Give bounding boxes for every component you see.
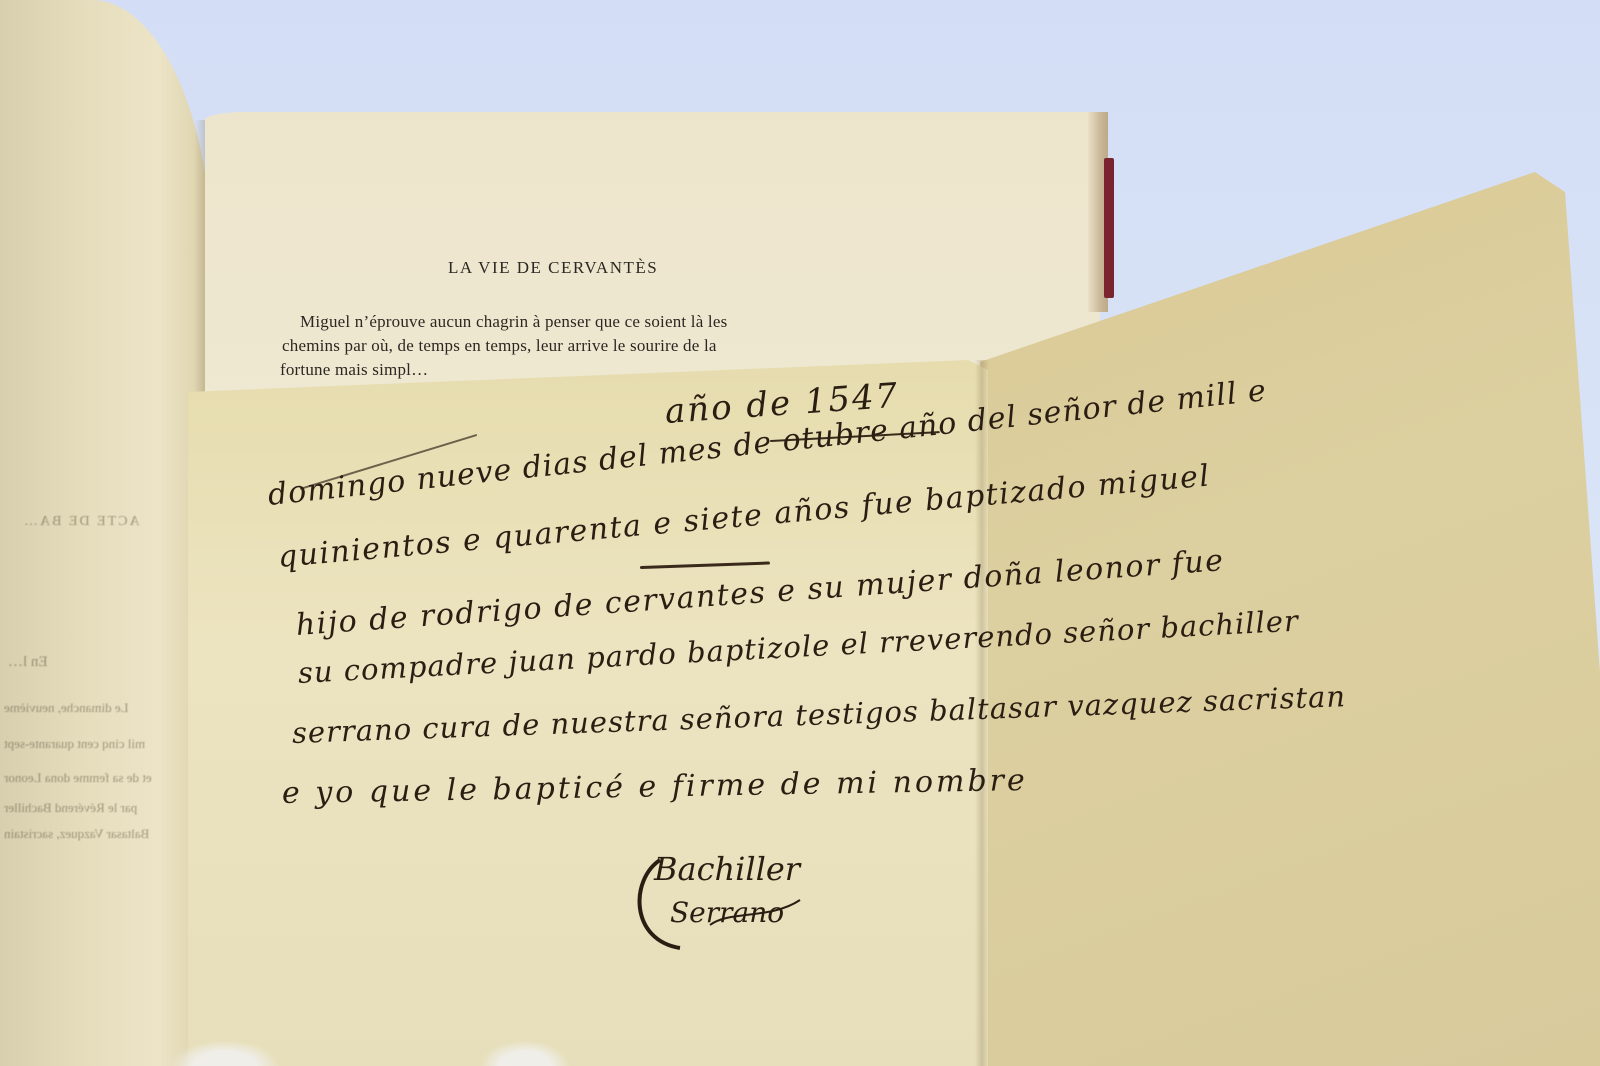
bleedthrough-heading: ACTE DE BA… xyxy=(22,514,140,530)
bleedthrough-line: par le Révérend Bachiller xyxy=(4,800,137,816)
bleedthrough-line: Baltasar Vazquez, sacristain xyxy=(4,826,149,842)
cloth-fuzz xyxy=(170,1040,280,1066)
running-title: LA VIE DE CERVANTÈS xyxy=(448,258,658,278)
red-cover-edge xyxy=(1104,158,1114,298)
printed-text-line: fortune mais simpl… xyxy=(280,360,428,380)
signature-line: Serrano xyxy=(670,896,784,929)
bleedthrough-line: mil cinq cent quarante-sept xyxy=(4,736,145,752)
printed-text-line: chemins par où, de temps en temps, leur … xyxy=(282,336,717,356)
manuscript-signature: Bachiller Serrano xyxy=(620,840,820,960)
left-book-page: ACTE DE BA… En l… Le dimanche, neuvième … xyxy=(0,0,212,1066)
bleedthrough-line: et de sa femme dona Leonor xyxy=(4,770,152,786)
cloth-fuzz xyxy=(480,1040,570,1066)
bleedthrough-line: En l… xyxy=(8,654,48,671)
signature-line: Bachiller xyxy=(654,850,800,888)
bleedthrough-line: Le dimanche, neuvième xyxy=(4,700,129,716)
printed-text-line: Miguel n’éprouve aucun chagrin à penser … xyxy=(300,312,727,332)
